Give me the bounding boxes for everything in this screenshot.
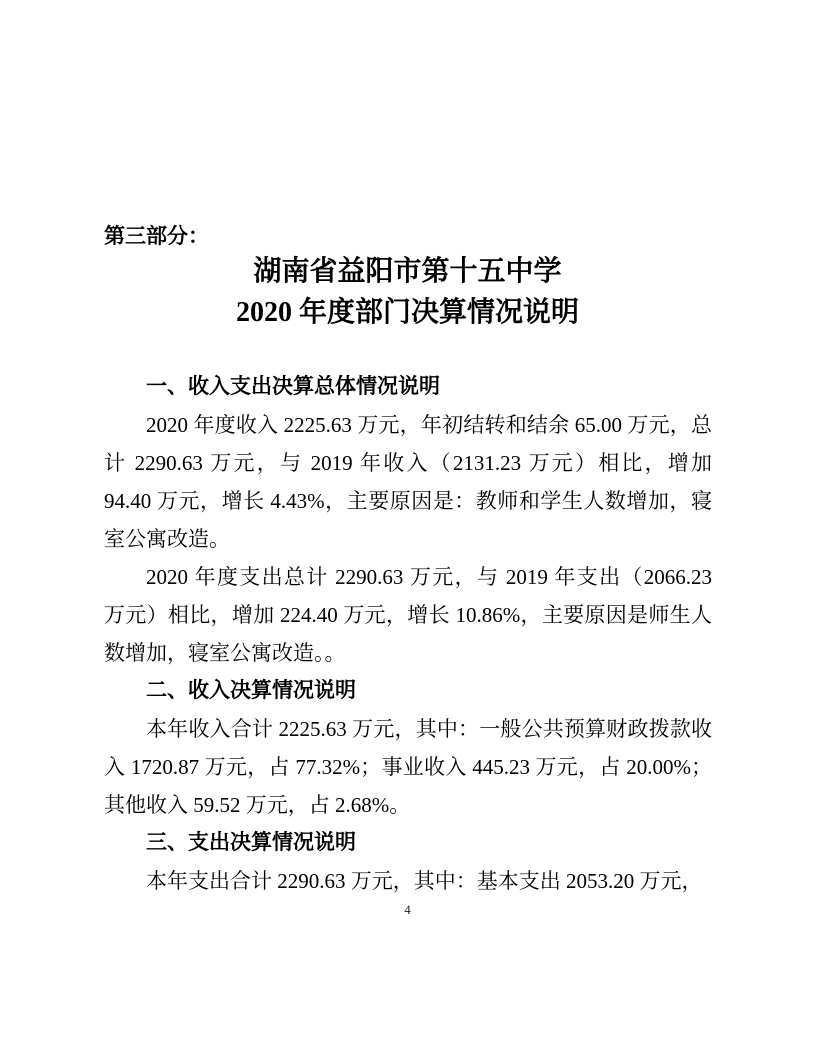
document-body: 一、收入支出决算总体情况说明 2020 年度收入 2225.63 万元，年初结转…	[104, 368, 712, 900]
document-title: 湖南省益阳市第十五中学 2020 年度部门决算情况说明	[103, 251, 712, 333]
paragraph-income-details: 本年收入合计 2225.63 万元，其中：一般公共预算财政拨款收入 1720.8…	[104, 710, 712, 824]
section-heading-income-expenditure-overview: 一、收入支出决算总体情况说明	[104, 368, 712, 406]
document-title-line-1: 湖南省益阳市第十五中学	[103, 251, 712, 292]
document-page: 第三部分： 湖南省益阳市第十五中学 2020 年度部门决算情况说明 一、收入支出…	[0, 0, 815, 1055]
document-title-line-2: 2020 年度部门决算情况说明	[103, 292, 712, 333]
paragraph-income-overview: 2020 年度收入 2225.63 万元，年初结转和结余 65.00 万元，总计…	[104, 406, 712, 558]
section-heading-expenditure-details: 三、支出决算情况说明	[104, 824, 712, 862]
section-heading-income-details: 二、收入决算情况说明	[104, 672, 712, 710]
paragraph-expenditure-overview: 2020 年度支出总计 2290.63 万元，与 2019 年支出（2066.2…	[104, 558, 712, 672]
paragraph-expenditure-details: 本年支出合计 2290.63 万元，其中：基本支出 2053.20 万元，	[104, 862, 712, 900]
part-label: 第三部分：	[104, 224, 209, 249]
page-number: 4	[0, 902, 815, 918]
